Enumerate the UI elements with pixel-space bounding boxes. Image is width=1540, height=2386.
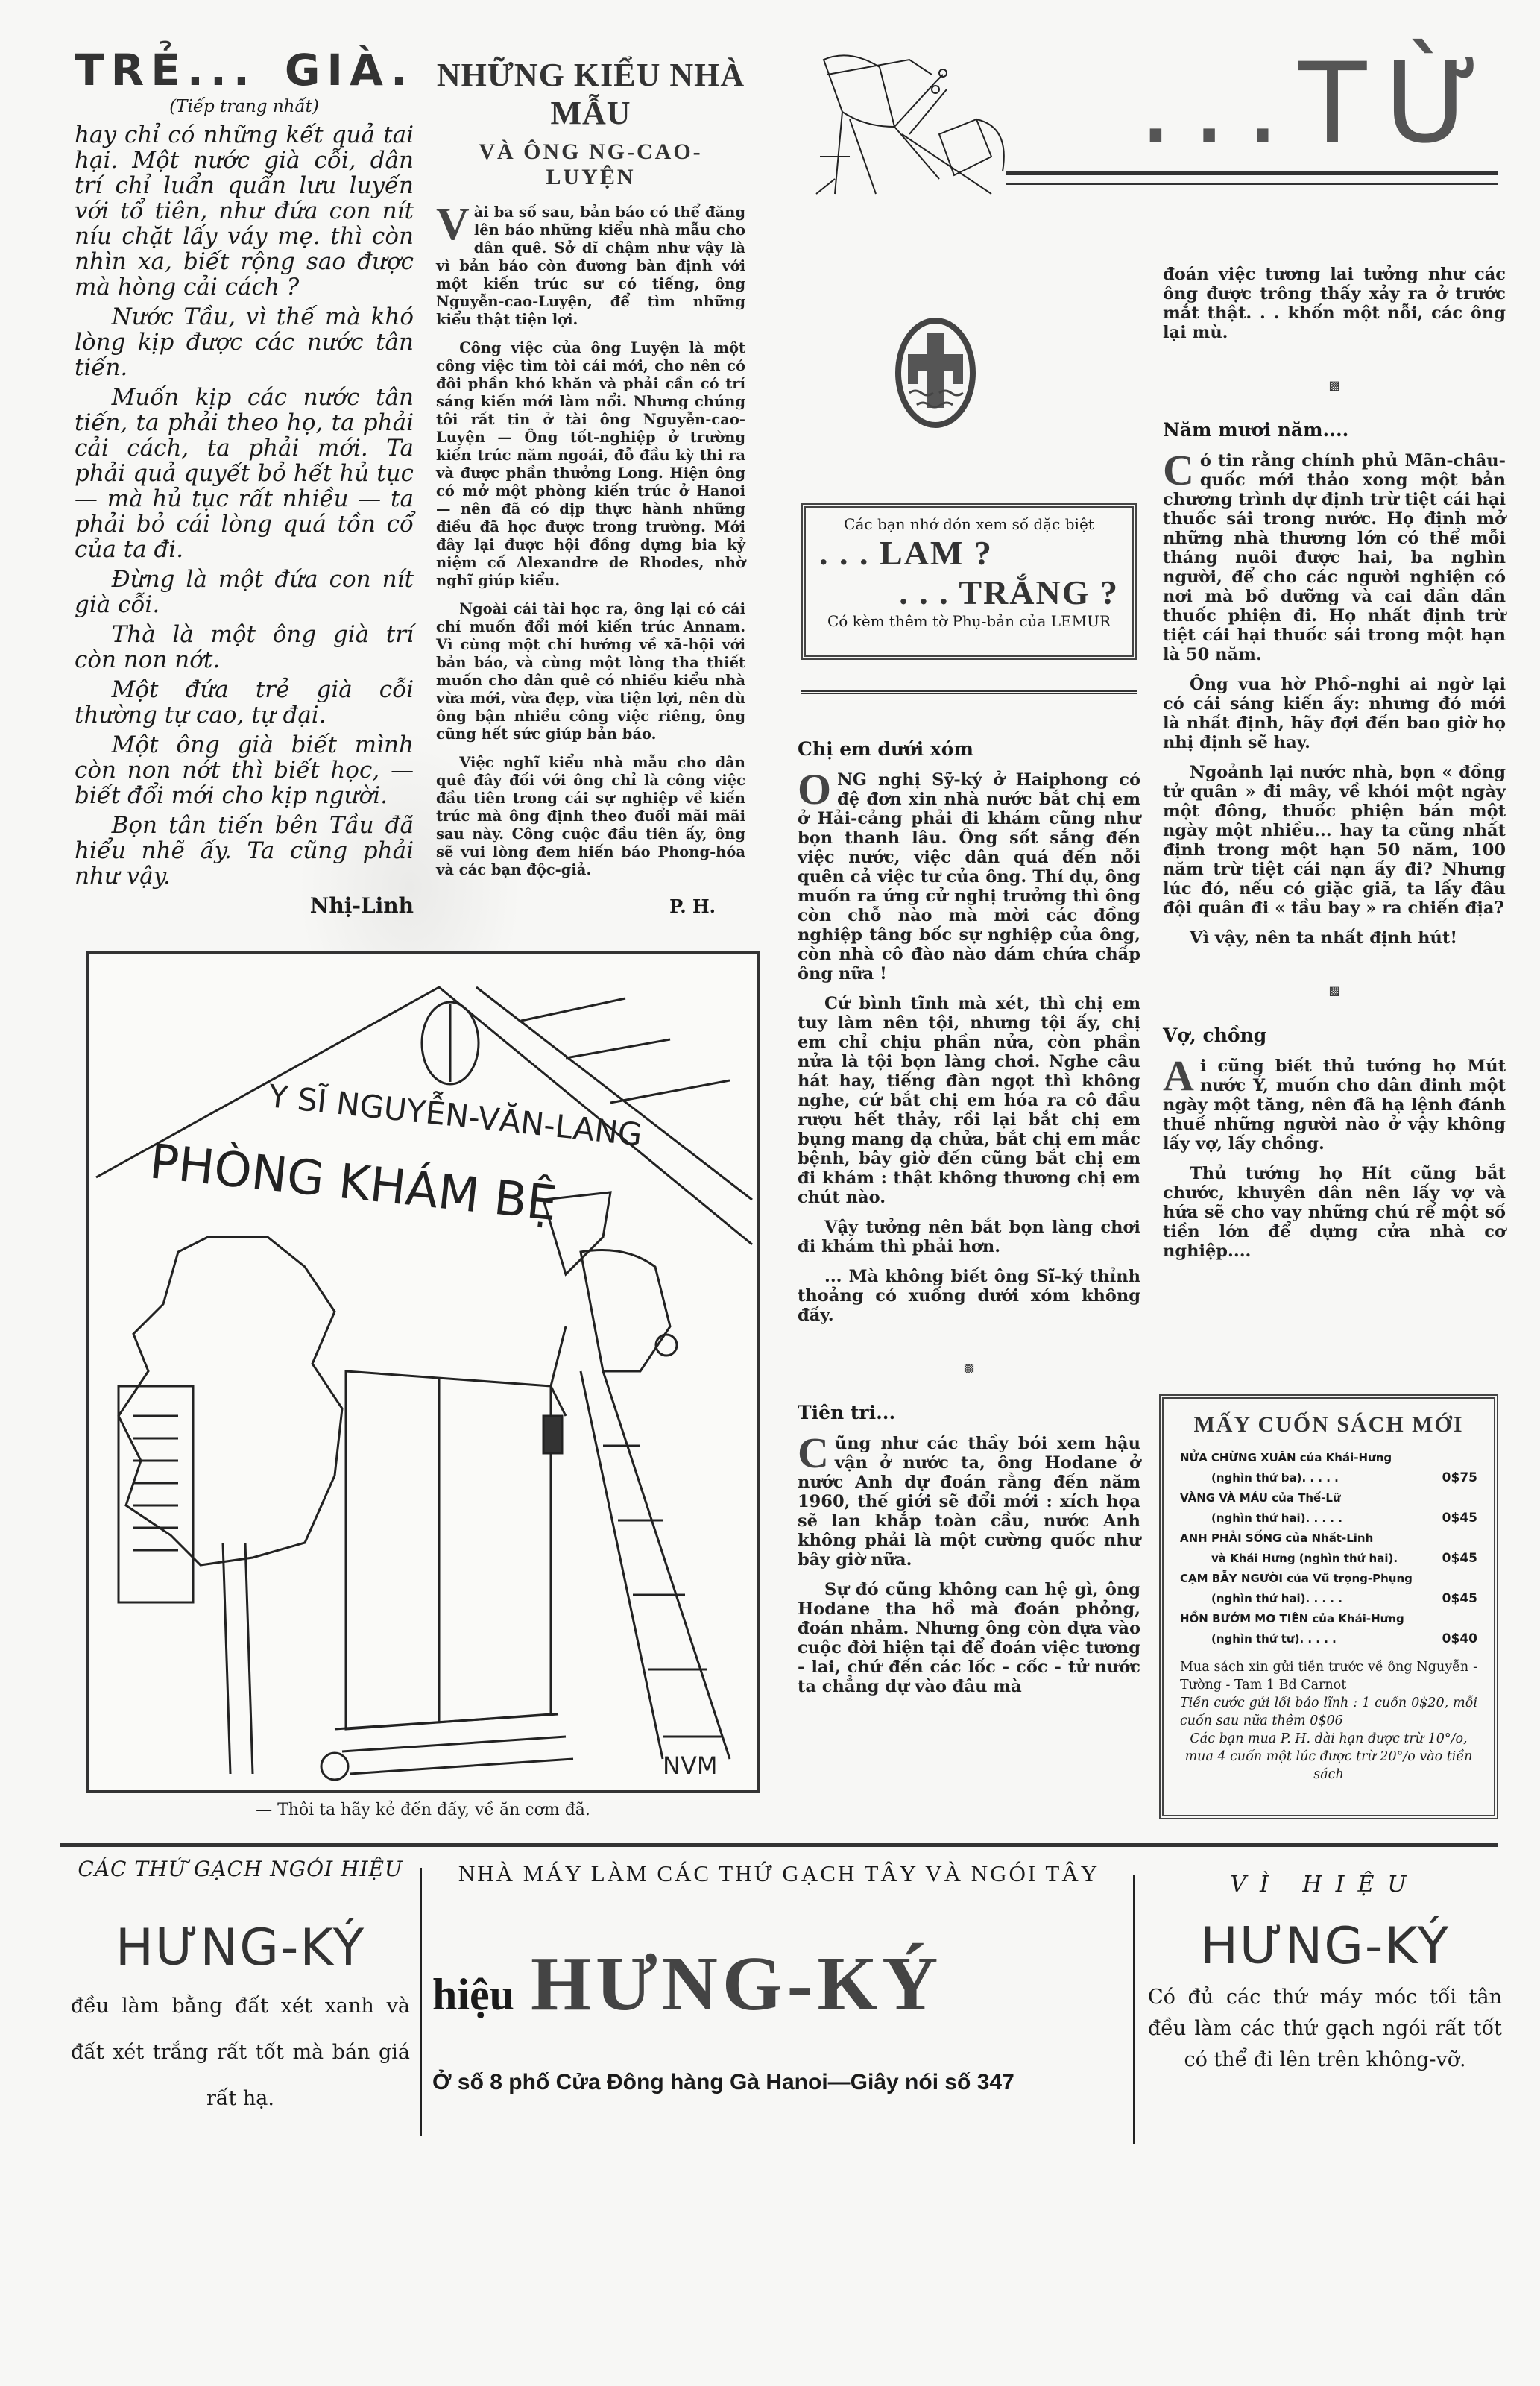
- ornament-icon: ▩: [798, 1361, 1140, 1375]
- paragraph: Ông vua hờ Phồ-nghi ai ngờ lại có cái sá…: [1163, 675, 1506, 752]
- article-subtitle: (Tiếp trang nhất): [75, 97, 414, 116]
- article-body: hay chỉ có những kết quả tai hại. Một nư…: [75, 122, 414, 889]
- paragraph: Công việc của ông Luyện là một công việc…: [436, 339, 745, 590]
- paragraph: Nước Tầu, vì thế mà khó lòng kịp được cá…: [75, 304, 414, 380]
- column-tu-right: đoán việc tương lai tưởng như các ông đư…: [1163, 265, 1506, 1261]
- section-heading: Năm mươi năm....: [1163, 419, 1506, 441]
- ad-hung-ky-left: CÁC THỨ GẠCH NGÓI HIỆU HƯNG-KÝ đều làm b…: [71, 1857, 410, 2147]
- paragraph: Ngoảnh lại nước nhà, bọn « đồng tử quân …: [1163, 763, 1506, 918]
- ad-brand: HƯNG-KÝ: [71, 1918, 410, 1977]
- paragraph: Một ông già biết mình còn non nớt thì bi…: [75, 732, 414, 808]
- dropcap: A: [1163, 1058, 1194, 1094]
- books-title: MẤY CUỐN SÁCH MỚI: [1180, 1412, 1477, 1438]
- new-books-ad: MẤY CUỐN SÁCH MỚI NỬA CHỪNG XUÂN của Khá…: [1159, 1394, 1498, 1819]
- ad-line: Có kèm thêm tờ Phụ-bản của LEMUR: [819, 612, 1119, 630]
- article-title: TRẺ... GIÀ.: [75, 45, 414, 95]
- paragraph: Vậy tưởng nên bắt bọn làng chơi đi khám …: [798, 1218, 1140, 1256]
- article-tre-gia: TRẺ... GIÀ. (Tiếp trang nhất) hay chỉ có…: [75, 45, 414, 918]
- paragraph: Ai cũng biết thủ tướng họ Mút nước Ý, mu…: [1163, 1057, 1506, 1153]
- paragraph: Sự đó cũng không can hệ gì, ông Hodane t…: [798, 1580, 1140, 1696]
- section-rule: [801, 690, 1137, 694]
- article-subtitle: VÀ ÔNG NG-CAO-LUYỆN: [436, 139, 745, 190]
- section-heading: Vợ, chồng: [1163, 1024, 1506, 1046]
- book-price: 0$45: [1442, 1549, 1477, 1569]
- section-heading: Chị em dưới xóm: [798, 738, 1140, 760]
- paragraph: Vài ba số sau, bản báo có thể đăng lên b…: [436, 204, 745, 329]
- author-signature: Nhị-Linh: [75, 893, 414, 918]
- cartoon-illustration: Y SĨ NGUYỄN-VĂN-LANG PHÒNG KHÁM BỆ NVM: [86, 951, 760, 1793]
- clinic-drawing-icon: Y SĨ NGUYỄN-VĂN-LANG PHÒNG KHÁM BỆ NVM: [89, 954, 757, 1790]
- dropcap: C: [1163, 453, 1194, 488]
- special-issue-ad: Các bạn nhớ đón xem số đặc biệt . . . LA…: [801, 503, 1137, 660]
- mantis-illustration-icon: [805, 45, 1021, 216]
- paragraph: Cứ bình tĩnh mà xét, thì chị em tuy làm …: [798, 994, 1140, 1207]
- ornament-icon: ▩: [1163, 983, 1506, 998]
- ad-brand-prefix: hiệu: [432, 1969, 514, 2021]
- ad-heading: VÌ HIỆU: [1148, 1872, 1502, 1898]
- svg-text:PHÒNG KHÁM BỆ: PHÒNG KHÁM BỆ: [147, 1133, 560, 1232]
- paragraph: Muốn kịp các nước tân tiến, ta phải theo…: [75, 385, 414, 562]
- ad-address: Ở số 8 phố Cửa Đông hàng Gà Hanoi—Giây n…: [432, 2070, 1126, 2095]
- paragraph: Vì vậy, nên ta nhất định hút!: [1163, 928, 1506, 948]
- ad-hung-ky-center: NHÀ MÁY LÀM CÁC THỨ GẠCH TÂY VÀ NGÓI TÂY…: [432, 1860, 1126, 2151]
- cross-emblem-icon: [894, 317, 976, 429]
- paragraph: Ngoài cái tài học ra, ông lại có cái chí…: [436, 600, 745, 743]
- ads-rule: [60, 1843, 1498, 1847]
- section-heading: Tiên tri...: [798, 1402, 1140, 1423]
- book-item: NỬA CHỪNG XUÂN của Khái-Hưng (nghìn thứ …: [1180, 1448, 1477, 1488]
- order-note: Mua sách xin gửi tiền trước về ông Nguyễ…: [1180, 1658, 1477, 1784]
- author-signature: P. H.: [436, 895, 745, 917]
- paragraph: ONG nghị Sỹ-ký ở Haiphong có đệ đơn xin …: [798, 770, 1140, 983]
- ad-brand: HƯNG-KÝ: [531, 1939, 942, 2028]
- book-price: 0$45: [1442, 1589, 1477, 1609]
- dropcap: O: [798, 772, 831, 808]
- title-right: GIÀ.: [285, 45, 414, 95]
- ad-text: Có đủ các thứ máy móc tối tân đều làm cá…: [1148, 1982, 1502, 2076]
- ad-line: Các bạn nhớ đón xem số đặc biệt: [819, 515, 1119, 533]
- book-price: 0$45: [1442, 1508, 1477, 1529]
- book-item: HỒN BƯỚM MƠ TIÊN của Khái-Hưng (nghìn th…: [1180, 1609, 1477, 1649]
- ornament-icon: ▩: [1163, 378, 1506, 392]
- title-rule: [1006, 171, 1498, 185]
- book-item: VÀNG VÀ MÁU của Thế-Lữ (nghìn thứ hai). …: [1180, 1488, 1477, 1529]
- paragraph: Thà là một ông già trí còn non nớt.: [75, 622, 414, 673]
- book-item: ANH PHẢI SỐNG của Nhất-Linh và Khái Hưng…: [1180, 1529, 1477, 1569]
- title-left: TRẺ...: [75, 45, 256, 95]
- ad-divider: [1133, 1875, 1135, 2144]
- paragraph: Có tin rằng chính phủ Mãn-châu-quốc mới …: [1163, 451, 1506, 664]
- paragraph: ... Mà không biết ông Sĩ-ký thỉnh thoảng…: [798, 1267, 1140, 1325]
- column-tu-left: Chị em dưới xóm ONG nghị Sỹ-ký ở Haiphon…: [798, 738, 1140, 1696]
- paragraph: Bọn tân tiến bên Tầu đã hiểu nhẽ ấy. Ta …: [75, 813, 414, 889]
- ad-heading: NHÀ MÁY LÀM CÁC THỨ GẠCH TÂY VÀ NGÓI TÂY: [432, 1860, 1126, 1887]
- paragraph: hay chỉ có những kết quả tai hại. Một nư…: [75, 122, 414, 300]
- paragraph: Cũng như các thầy bói xem hậu vận ở nước…: [798, 1434, 1140, 1570]
- ad-headline-trang: . . . TRẮNG ?: [819, 573, 1119, 612]
- ad-brand-row: hiệu HƯNG-KÝ: [432, 1939, 1126, 2028]
- paragraph: Thủ tướng họ Hít cũng bắt chước, khuyên …: [1163, 1164, 1506, 1261]
- ad-brand: HƯNG-KÝ: [1148, 1917, 1502, 1976]
- cartoon-caption: — Thôi ta hãy kẻ đến đấy, về ăn cơm đã.: [86, 1801, 760, 1819]
- paragraph: Một đứa trẻ già cỗi thường tự cao, tự đạ…: [75, 677, 414, 728]
- paragraph: đoán việc tương lai tưởng như các ông đư…: [1163, 265, 1506, 342]
- column-title: ...TỪ: [1006, 60, 1498, 149]
- ad-text: đều làm bằng đất xét xanh và đất xét trắ…: [71, 1983, 410, 2122]
- ad-hung-ky-right: VÌ HIỆU HƯNG-KÝ Có đủ các thứ máy móc tố…: [1148, 1872, 1502, 2155]
- dropcap: V: [436, 205, 470, 244]
- svg-text:NVM: NVM: [663, 1751, 717, 1780]
- book-price: 0$75: [1442, 1468, 1477, 1488]
- ad-divider: [420, 1868, 422, 2136]
- dropcap: C: [798, 1435, 829, 1471]
- paragraph: Đừng là một đứa con nít già cỗi.: [75, 567, 414, 617]
- ad-heading: CÁC THỨ GẠCH NGÓI HIỆU: [71, 1857, 410, 1881]
- article-title: NHỮNG KIỂU NHÀ MẪU: [436, 56, 745, 132]
- paragraph: Việc nghĩ kiểu nhà mẫu cho dân quê đây đ…: [436, 754, 745, 879]
- book-price: 0$40: [1442, 1629, 1477, 1649]
- book-item: CẠM BẪY NGƯỜI của Vũ trọng-Phụng (nghìn …: [1180, 1569, 1477, 1609]
- ad-headline-lam: . . . LAM ?: [819, 533, 1119, 573]
- article-nha-mau: NHỮNG KIỂU NHÀ MẪU VÀ ÔNG NG-CAO-LUYỆN V…: [436, 56, 745, 917]
